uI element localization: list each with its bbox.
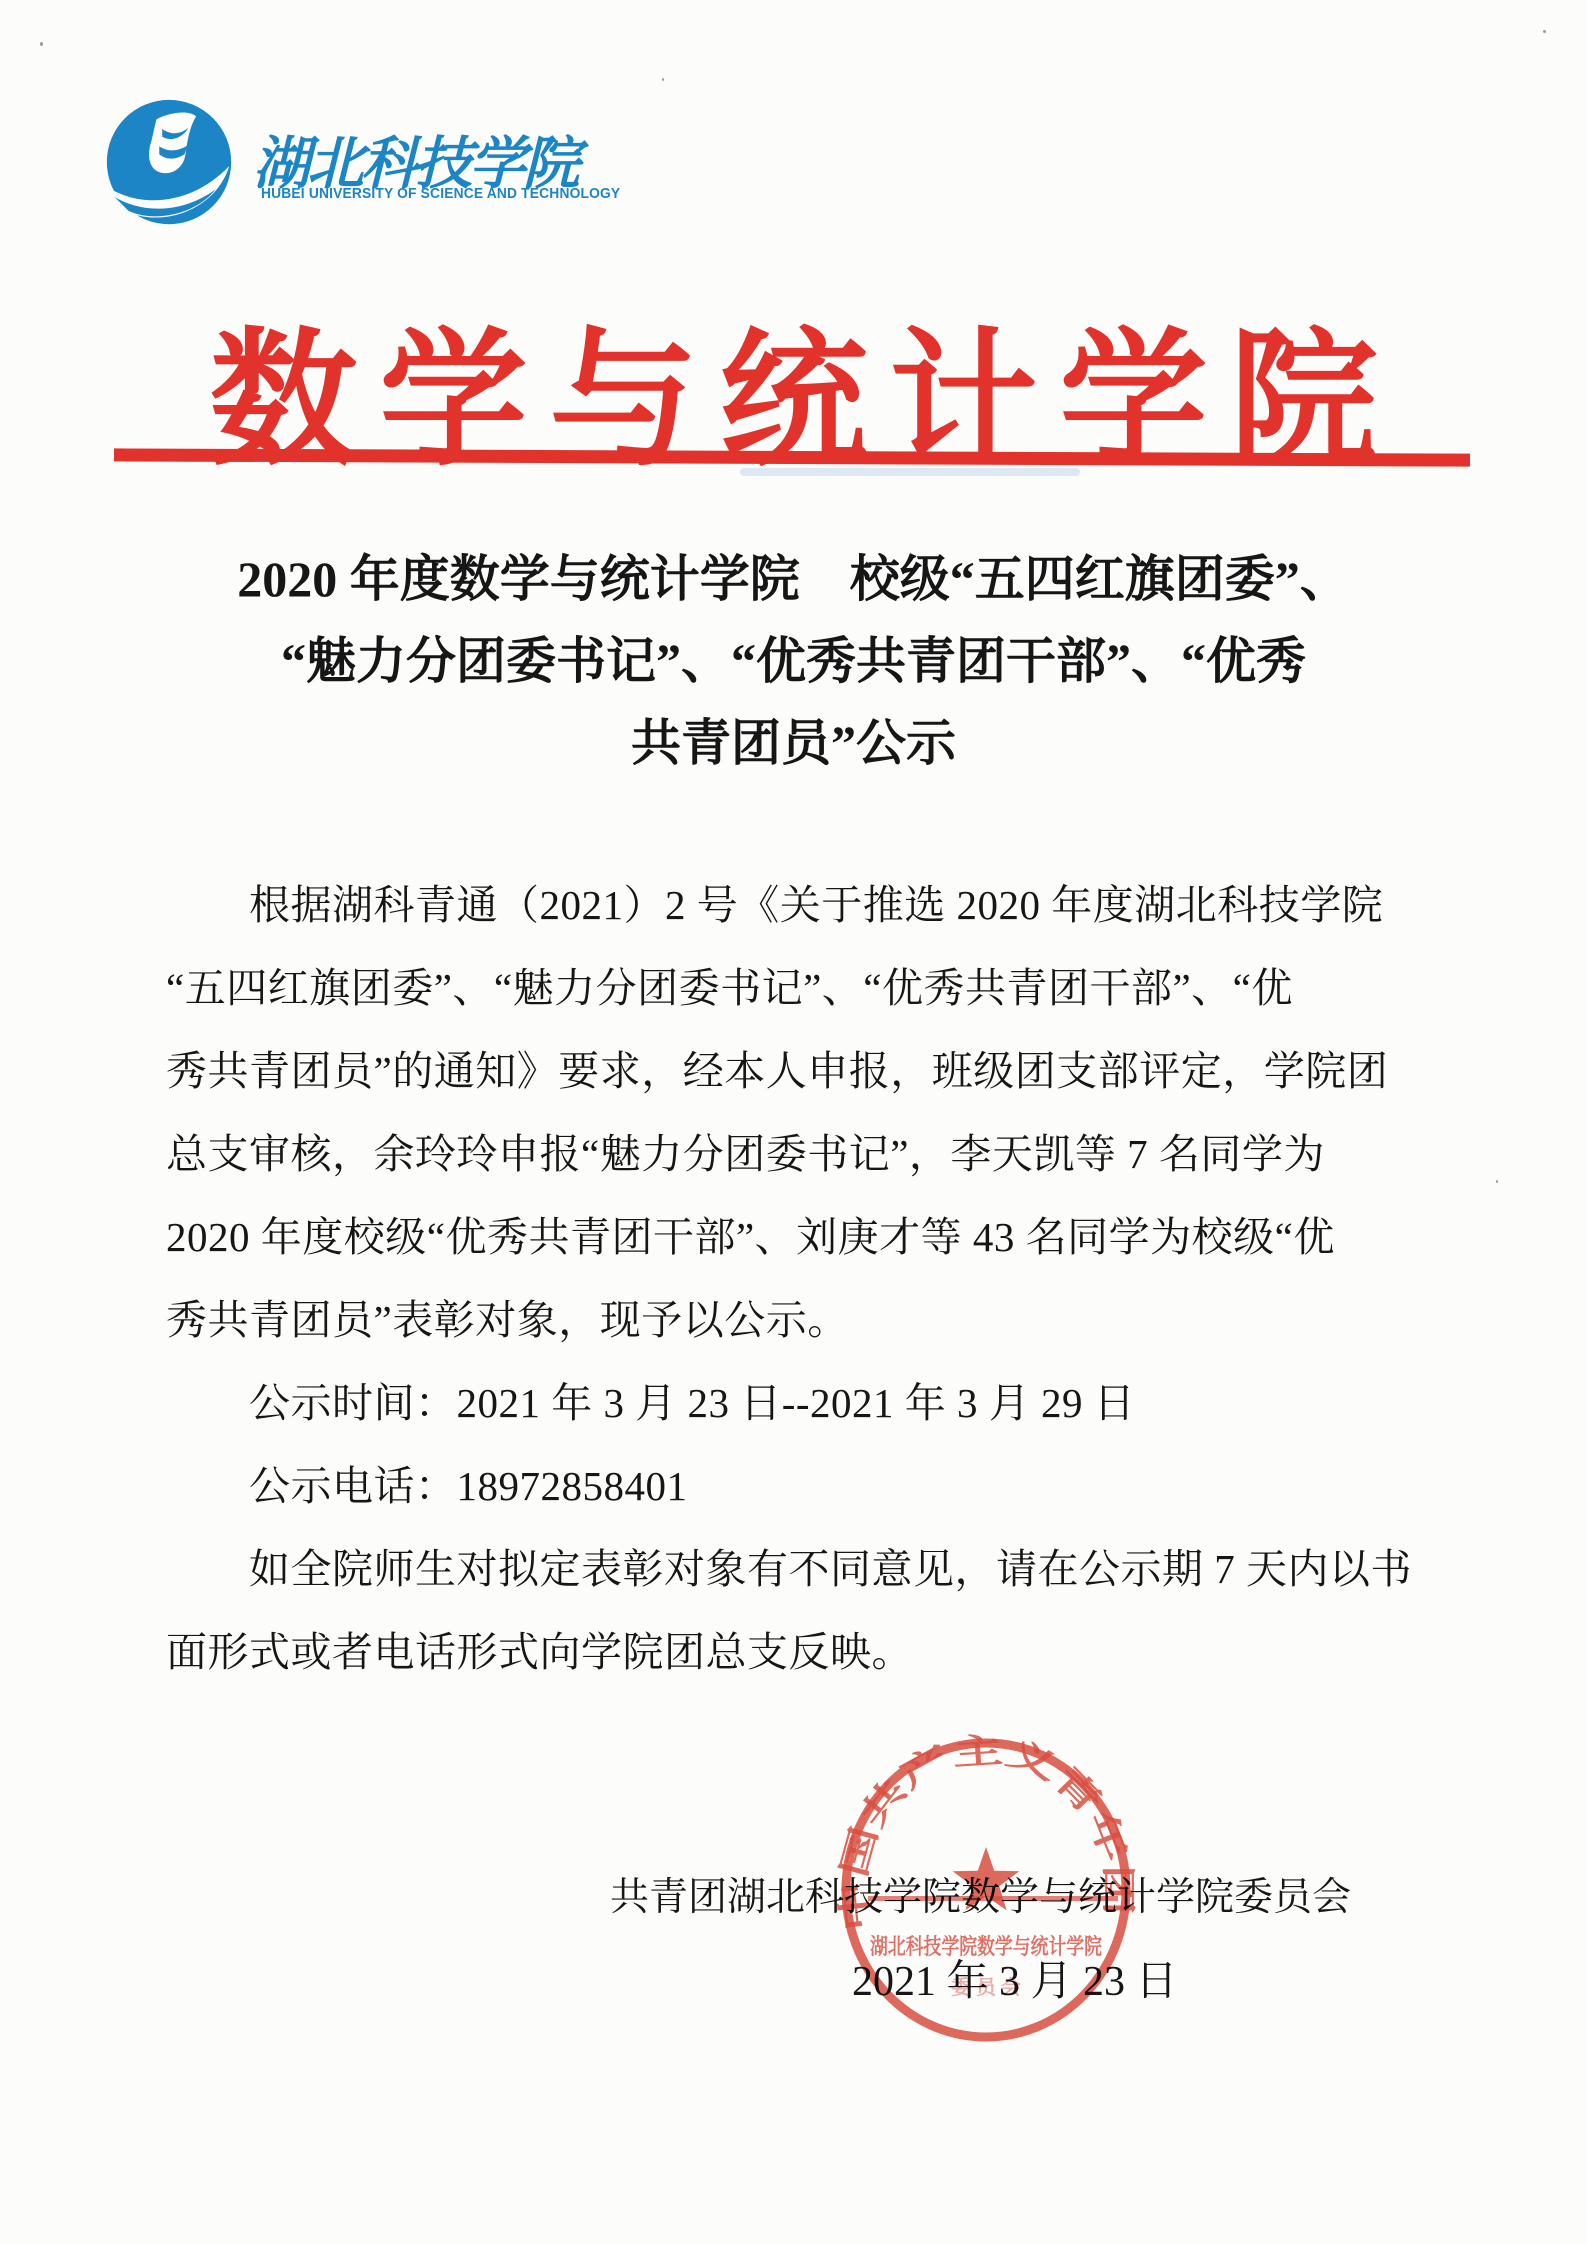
scan-speck [1543,30,1546,33]
svg-text:中国共产主义青年团: 中国共产主义青年团 [833,1732,1137,1933]
stamp-org-sub-text: 委 员 会 [951,1975,1021,1999]
body-line-3: 秀共青团员”的通知》要求，经本人申报，班级团支部评定，学院团 [166,1030,1436,1113]
notice-body: 根据湖科青通（2021）2 号《关于推选 2020 年度湖北科技学院 “五四红旗… [166,864,1436,1694]
notice-document-page: 湖北科技学院 HUBEI UNIVERSITY OF SCIENCE AND T… [0,0,1587,2244]
notice-title-line-2: “魅力分团委书记”、“优秀共青团干部”、“优秀 [0,620,1587,702]
stamp-org-text: 湖北科技学院数学与统计学院 [870,1934,1102,1959]
notice-title-line-1: 2020 年度数学与统计学院 校级“五四红旗团委”、 [0,538,1587,620]
official-seal-stamp-icon: 中国共产主义青年团 湖北科技学院数学与统计学院 委 员 会 [830,1732,1142,2050]
scan-speck [40,42,43,46]
scan-smudge [740,468,1080,476]
body-line-5: 2020 年度校级“优秀共青团干部”、刘庚才等 43 名同学为校级“优 [166,1196,1436,1279]
university-logo-icon [101,96,237,232]
scan-speck [1496,1180,1498,1183]
stamp-ring-text: 中国共产主义青年团 [833,1732,1137,1933]
body-line-1: 根据湖科青通（2021）2 号《关于推选 2020 年度湖北科技学院 [166,864,1436,947]
body-line-9: 如全院师生对拟定表彰对象有不同意见，请在公示期 7 天内以书 [166,1528,1436,1611]
university-name-en: HUBEI UNIVERSITY OF SCIENCE AND TECHNOLO… [261,186,620,202]
notice-title-line-3: 共青团员”公示 [0,702,1587,784]
body-line-7-publicity-period: 公示时间：2021 年 3 月 23 日--2021 年 3 月 29 日 [166,1362,1436,1445]
notice-title: 2020 年度数学与统计学院 校级“五四红旗团委”、 “魅力分团委书记”、“优秀… [0,538,1587,784]
body-line-6: 秀共青团员”表彰对象，现予以公示。 [166,1279,1436,1362]
scan-speck [662,78,664,81]
body-line-2: “五四红旗团委”、“魅力分团委书记”、“优秀共青团干部”、“优 [166,947,1436,1030]
body-line-10: 面形式或者电话形式向学院团总支反映。 [166,1611,1436,1694]
stamp-center-line [868,1896,1118,1901]
body-line-4: 总支审核，余玲玲申报“魅力分团委书记”，李天凯等 7 名同学为 [166,1113,1436,1196]
body-line-8-publicity-phone: 公示电话：18972858401 [166,1445,1436,1528]
